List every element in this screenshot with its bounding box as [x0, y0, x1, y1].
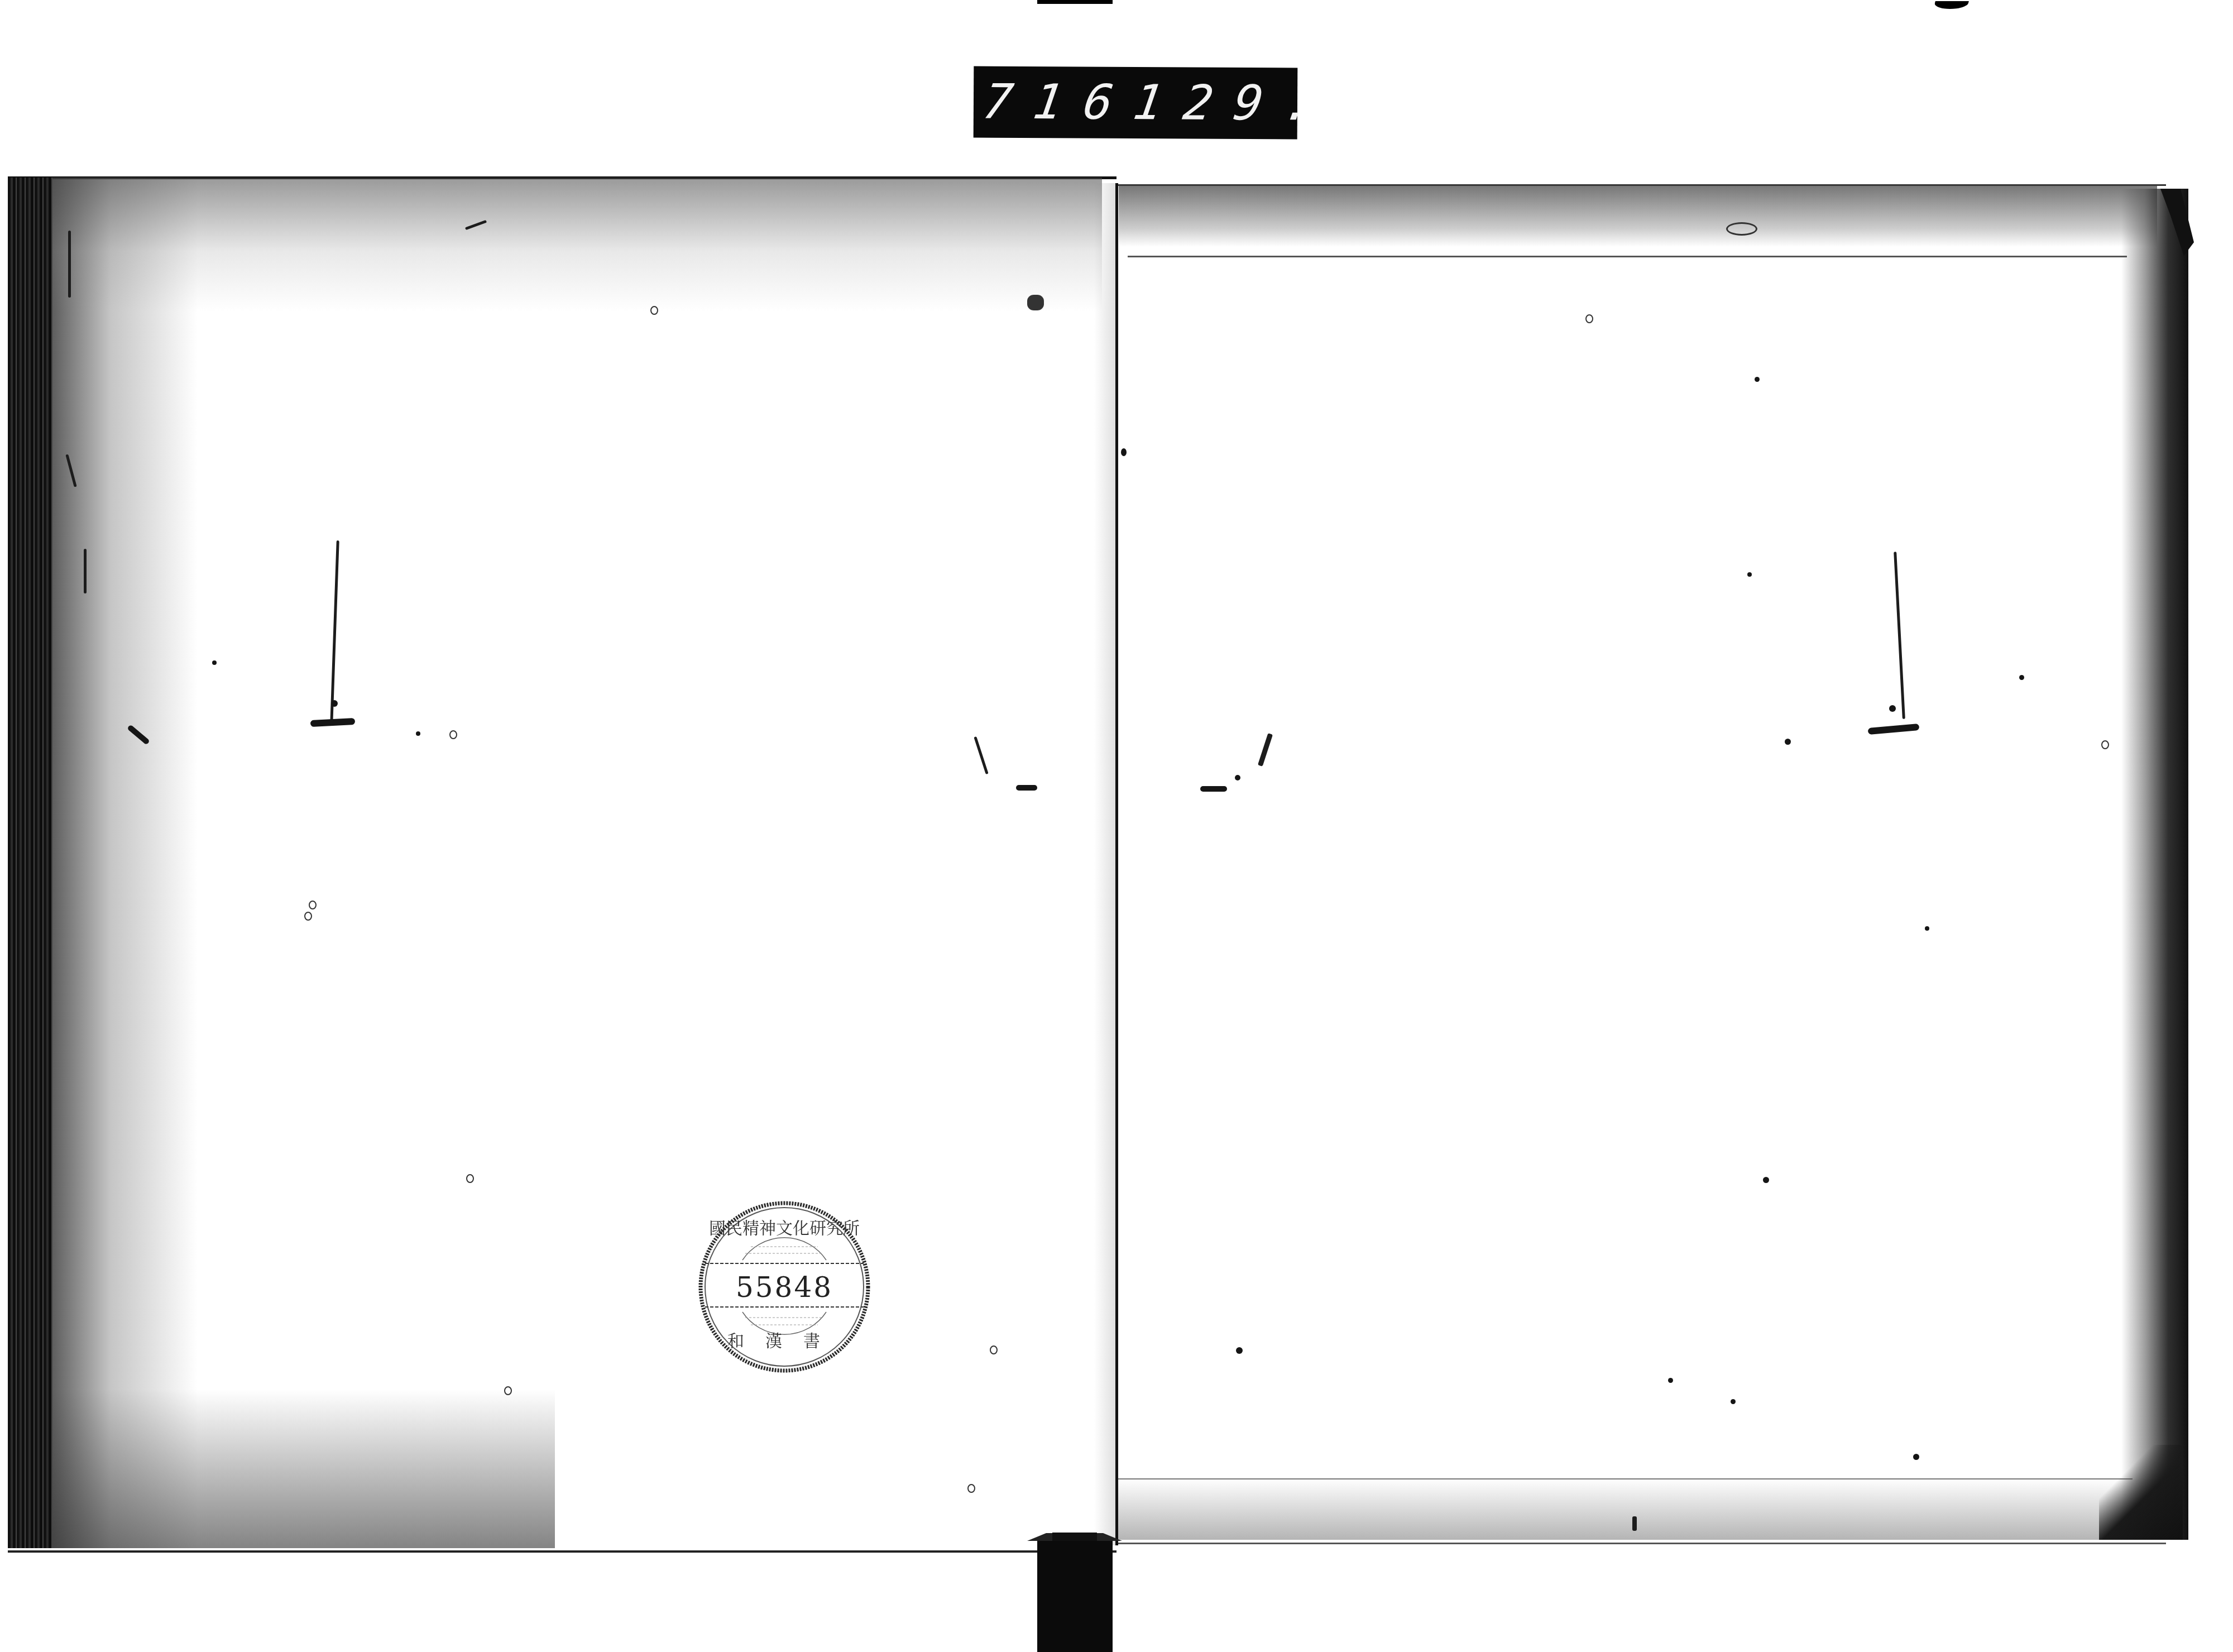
spine-gutter: [1115, 183, 1118, 1545]
binding-hole: [1235, 775, 1240, 780]
right-page: [1116, 184, 2166, 1544]
stamp-collection: 和漢書: [695, 1327, 874, 1352]
call-number-right: 129.: [1130, 79, 1338, 128]
stamp-accession-number: 55848: [695, 1271, 874, 1304]
edge-stain-mark: [68, 231, 71, 298]
binding-hole: [1889, 705, 1896, 712]
left-page: [8, 176, 1116, 1553]
call-number-left: 716: [980, 78, 1138, 127]
speck: [1913, 1454, 1919, 1460]
speck: [1785, 739, 1791, 745]
speck: [650, 306, 658, 315]
speck: [304, 912, 312, 921]
top-edge-fragment-left: [1037, 0, 1113, 4]
call-number-label: 716 129.: [974, 66, 1298, 139]
library-stamp: 國民精神文化研究所 55848 和漢書: [695, 1198, 874, 1376]
smudge-mark: [1632, 1516, 1637, 1531]
speck: [2019, 675, 2024, 680]
speck: [466, 1174, 474, 1183]
speck: [967, 1484, 975, 1493]
speck: [1668, 1378, 1673, 1383]
speck: [504, 1386, 512, 1395]
spine-shadow: [1094, 183, 1116, 1545]
thread-mark: [1200, 786, 1227, 792]
binding-tab: [1037, 1541, 1113, 1652]
speck: [1236, 1347, 1243, 1354]
speck: [1121, 448, 1127, 456]
speck: [212, 660, 217, 665]
edge-stain-mark: [84, 549, 87, 593]
speck: [309, 901, 317, 909]
thread-mark: [1016, 785, 1037, 791]
stamp-institution-name: 國民精神文化研究所: [695, 1214, 874, 1239]
binding-hole: [331, 700, 338, 707]
speck: [990, 1345, 998, 1354]
stain-blot: [1027, 295, 1044, 310]
speck: [1925, 926, 1929, 931]
speck: [416, 731, 420, 736]
speck: [1731, 1399, 1736, 1404]
top-edge-fragment-right: [1933, 1, 1969, 9]
speck: [1755, 377, 1760, 382]
stain-blot: [1726, 222, 1757, 236]
speck: [1585, 314, 1593, 323]
speck: [449, 730, 457, 739]
book-spread: [0, 172, 2233, 1551]
speck: [1763, 1177, 1769, 1183]
speck: [1747, 572, 1752, 577]
speck: [2101, 740, 2109, 749]
